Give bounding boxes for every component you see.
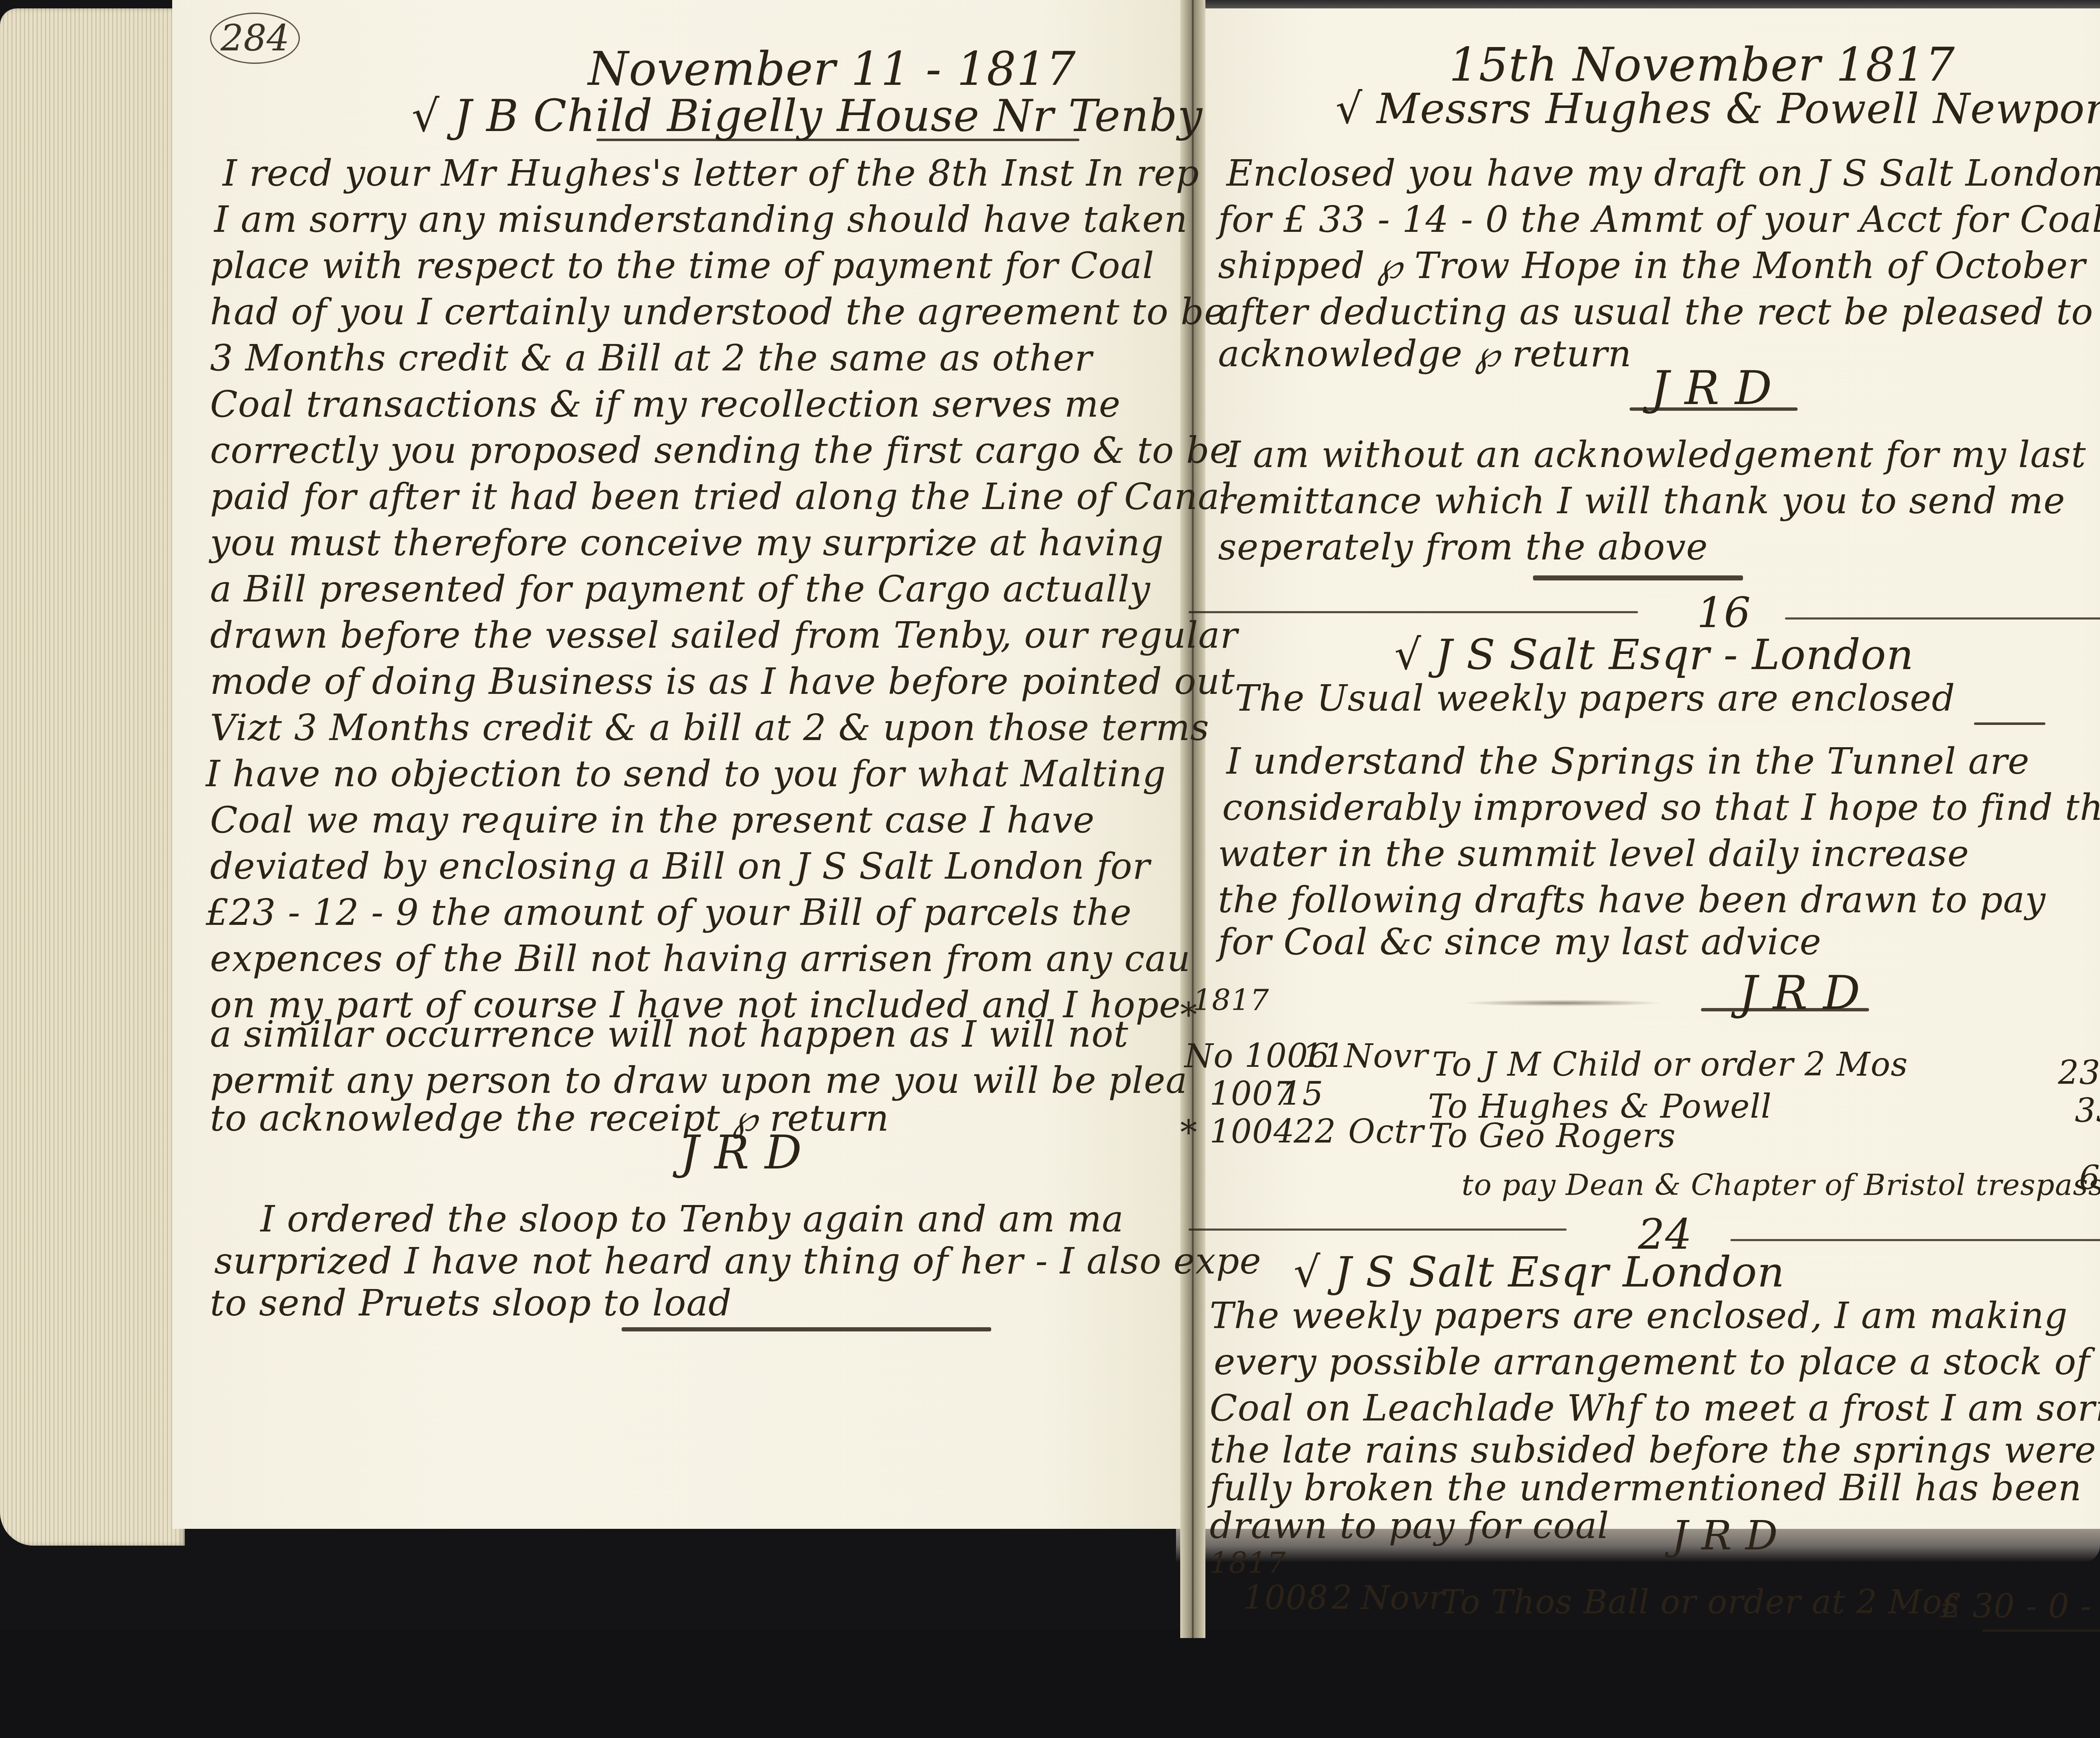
- ledger-year: 1817: [1210, 1546, 1286, 1580]
- page-number-left: 284: [210, 13, 300, 64]
- ledger-row-day: 22: [1294, 1113, 1336, 1151]
- body-line: Vizt 3 Months credit & a bill at 2 & upo…: [210, 710, 1209, 746]
- postscript-line: seperately from the above: [1218, 529, 1708, 565]
- ledger-row-payee: to pay Dean & Chapter of Bristol trespas…: [1462, 1168, 2100, 1202]
- postscript-line: to send Pruets sloop to load: [210, 1285, 732, 1321]
- body-line: the late rains subsided before the sprin…: [1210, 1432, 2096, 1468]
- body-line: place with respect to the time of paymen…: [210, 248, 1154, 284]
- heading-underline: [596, 139, 1079, 141]
- ledger-row-amount: 33 - 14 - 0: [2075, 1092, 2100, 1130]
- ledger-year: 1817: [1193, 983, 1269, 1017]
- body-line: after deducting as usual the rect be ple…: [1218, 294, 2093, 330]
- ledger-row-day: 11: [1302, 1037, 1344, 1075]
- body-line: Coal transactions & if my recollection s…: [210, 386, 1121, 423]
- ledger-row-day: 2: [1331, 1579, 1353, 1617]
- postscript-line: surprized I have not heard any thing of …: [214, 1243, 1261, 1279]
- section-divider: [1189, 611, 1638, 613]
- signature-right-2: J R D: [1739, 966, 1861, 1020]
- ledger-row-month: Novr: [1361, 1579, 1445, 1617]
- signature-rule: [1701, 1008, 1869, 1011]
- signature-right-1: J R D: [1651, 361, 1772, 415]
- closing-rule: [1533, 575, 1743, 580]
- date-heading-left: November 11 - 1817: [588, 42, 1076, 96]
- ledger-row-month: Novr: [1344, 1037, 1428, 1075]
- body-line: a Bill presented for payment of the Carg…: [210, 571, 1150, 607]
- body-line: water in the summit level daily increase: [1218, 836, 1969, 872]
- body-line: a similar occurrence will not happen as …: [210, 1016, 1129, 1053]
- signature-right-3: J R D: [1672, 1512, 1778, 1559]
- body-line: I recd your Mr Hughes's letter of the 8t…: [223, 155, 1200, 192]
- body-line: The weekly papers are enclosed, I am mak…: [1210, 1298, 2068, 1334]
- body-line: deviated by enclosing a Bill on J S Salt…: [210, 848, 1150, 885]
- body-line: Coal we may require in the present case …: [210, 802, 1095, 838]
- body-line: every possible arrangement to place a st…: [1214, 1344, 2090, 1380]
- book-gutter: [1180, 0, 1205, 1638]
- body-line: shipped ℘ Trow Hope in the Month of Octo…: [1218, 248, 2086, 284]
- signature-rule: [1630, 407, 1798, 411]
- ledger-row-no: 1008: [1243, 1579, 1328, 1617]
- ledger-row-no: 1004: [1210, 1113, 1295, 1151]
- body-line: the following drafts have been drawn to …: [1218, 882, 2046, 918]
- ledger-row-amount: £ 30 - 0 - 0: [1940, 1588, 2100, 1625]
- ledger-row-payee: To Thos Ball or order at 2 Mos: [1441, 1583, 1960, 1621]
- ink-blot: [1462, 1000, 1663, 1006]
- section-divider: [1189, 1229, 1567, 1231]
- postscript-line: I am without an acknowledgement for my l…: [1226, 437, 2086, 473]
- postscript-line: remittance which I will thank you to sen…: [1218, 483, 2065, 519]
- body-line: for £ 33 - 14 - 0 the Ammt of your Acct …: [1218, 202, 2100, 238]
- body-line: drawn to pay for coal: [1210, 1508, 1609, 1544]
- addressee-right-1: √ Messrs Hughes & Powell Newport: [1336, 84, 2100, 133]
- body-line: considerably improved so that I hope to …: [1222, 790, 2100, 826]
- body-line: you must therefore conceive my surprize …: [210, 525, 1164, 561]
- body-line: fully broken the undermentioned Bill has…: [1210, 1470, 2082, 1506]
- table-surface: [0, 1630, 2100, 1738]
- ledger-row-payee: To Geo Rogers: [1428, 1117, 1676, 1155]
- body-line: for Coal &c since my last advice: [1218, 924, 1822, 960]
- ledger-row-day: 15: [1281, 1075, 1323, 1113]
- addressee-left: √ J B Child Bigelly House Nr Tenby: [412, 90, 1203, 142]
- body-line: I am sorry any misunderstanding should h…: [214, 202, 1188, 238]
- body-line: paid for after it had been tried along t…: [210, 479, 1232, 515]
- body-line: The Usual weekly papers are enclosed: [1235, 680, 1955, 717]
- amount-underline: [1982, 1630, 2100, 1632]
- ledger-row-amount: 23 - 12 - 9: [2058, 1054, 2100, 1092]
- body-line: Coal on Leachlade Whf to meet a frost I …: [1210, 1390, 2100, 1426]
- body-line: correctly you proposed sending the first…: [210, 433, 1231, 469]
- closing-rule-left: [622, 1327, 991, 1331]
- underline: [1974, 722, 2045, 725]
- body-line: I have no objection to send to you for w…: [206, 756, 1166, 792]
- body-line: had of you I certainly understood the ag…: [210, 294, 1226, 330]
- body-line: acknowledge ℘ return: [1218, 336, 1632, 372]
- body-line: £23 - 12 - 9 the amount of your Bill of …: [206, 895, 1132, 931]
- body-line: Enclosed you have my draft on J S Salt L…: [1226, 155, 2100, 192]
- body-line: permit any person to draw upon me you wi…: [210, 1063, 1188, 1099]
- addressee-right-3: √ J S Salt Esqr London: [1294, 1247, 1785, 1297]
- signature-left: J R D: [680, 1126, 802, 1179]
- postscript-line: I ordered the sloop to Tenby again and a…: [260, 1201, 1124, 1237]
- ledger-row-month: Octr: [1348, 1113, 1424, 1151]
- ledger-row-payee: To J M Child or order 2 Mos: [1432, 1046, 1908, 1084]
- body-line: expences of the Bill not having arrisen …: [210, 941, 1191, 977]
- addressee-right-2: √ J S Salt Esqr - London: [1394, 630, 1914, 679]
- section-divider: [1730, 1239, 2100, 1241]
- body-line: I understand the Springs in the Tunnel a…: [1226, 743, 2030, 780]
- section-divider: [1785, 617, 2100, 620]
- asterisk-marker: *: [1180, 1113, 1197, 1152]
- date-heading-right: 15th November 1817: [1449, 38, 1955, 92]
- body-line: drawn before the vessel sailed from Tenb…: [210, 617, 1238, 654]
- page-stack-fore-edge: [0, 8, 185, 1546]
- body-line: mode of doing Business is as I have befo…: [210, 664, 1235, 700]
- ledger-row-amount: 6 - 17 - 2: [2079, 1159, 2100, 1197]
- body-line: 3 Months credit & a Bill at 2 the same a…: [210, 340, 1092, 376]
